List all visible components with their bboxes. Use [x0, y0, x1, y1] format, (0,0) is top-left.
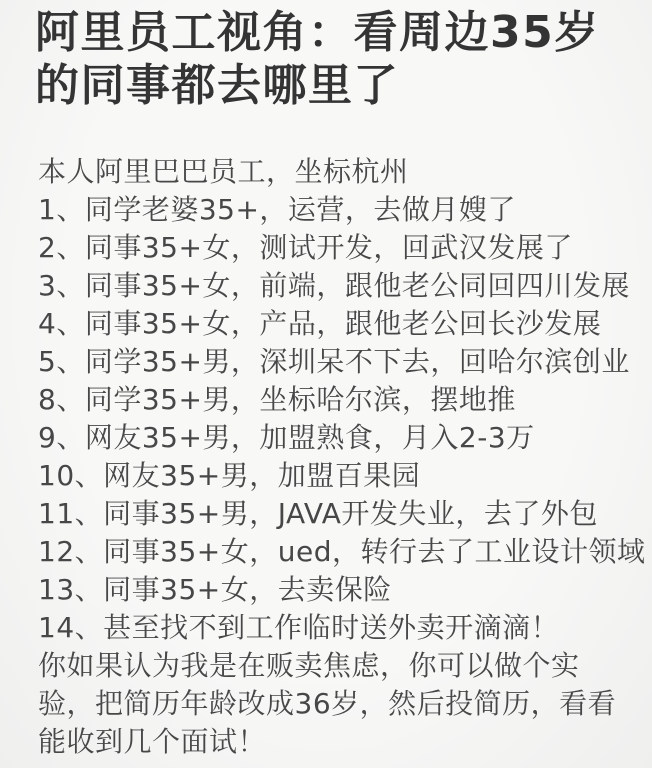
body-line-item-8: 8、同学35+男，坐标哈尔滨，摆地推 — [38, 381, 642, 419]
body-line-item-1: 1、同学老婆35+，运营，去做月嫂了 — [38, 191, 642, 229]
body-line-outro-3: 能收到几个面试！ — [38, 723, 642, 761]
body-line-item-11: 11、同事35+男，JAVA开发失业，去了外包 — [38, 495, 642, 533]
body-line-item-5: 5、同学35+男，深圳呆不下去，回哈尔滨创业 — [38, 343, 642, 381]
post-screenshot: 阿里员工视角：看周边35岁 的同事都去哪里了 本人阿里巴巴员工，坐标杭州 1、同… — [0, 0, 652, 768]
body-line-item-13: 13、同事35+女，去卖保险 — [38, 571, 642, 609]
post-title-line: 阿里员工视角：看周边35岁 — [35, 6, 632, 59]
body-line-item-2: 2、同事35+女，测试开发，回武汉发展了 — [38, 229, 642, 267]
post-body: 本人阿里巴巴员工，坐标杭州 1、同学老婆35+，运营，去做月嫂了 2、同事35+… — [38, 153, 642, 761]
body-line-outro-1: 你如果认为我是在贩卖焦虑，你可以做个实 — [38, 647, 642, 685]
body-line-item-3: 3、同事35+女，前端，跟他老公同回四川发展 — [38, 267, 642, 305]
body-line-item-12: 12、同事35+女，ued，转行去了工业设计领域 — [38, 533, 642, 571]
body-line-outro-2: 验，把简历年龄改成36岁，然后投简历，看看 — [38, 685, 642, 723]
body-line-item-14: 14、甚至找不到工作临时送外卖开滴滴！ — [38, 609, 642, 647]
post-title: 阿里员工视角：看周边35岁 的同事都去哪里了 — [35, 6, 632, 112]
body-line-item-4: 4、同事35+女，产品，跟他老公回长沙发展 — [38, 305, 642, 343]
body-line-item-10: 10、网友35+男，加盟百果园 — [38, 457, 642, 495]
body-line-item-9: 9、网友35+男，加盟熟食，月入2-3万 — [38, 419, 642, 457]
body-line-intro: 本人阿里巴巴员工，坐标杭州 — [38, 153, 642, 191]
post-title-line: 的同事都去哪里了 — [35, 59, 632, 112]
